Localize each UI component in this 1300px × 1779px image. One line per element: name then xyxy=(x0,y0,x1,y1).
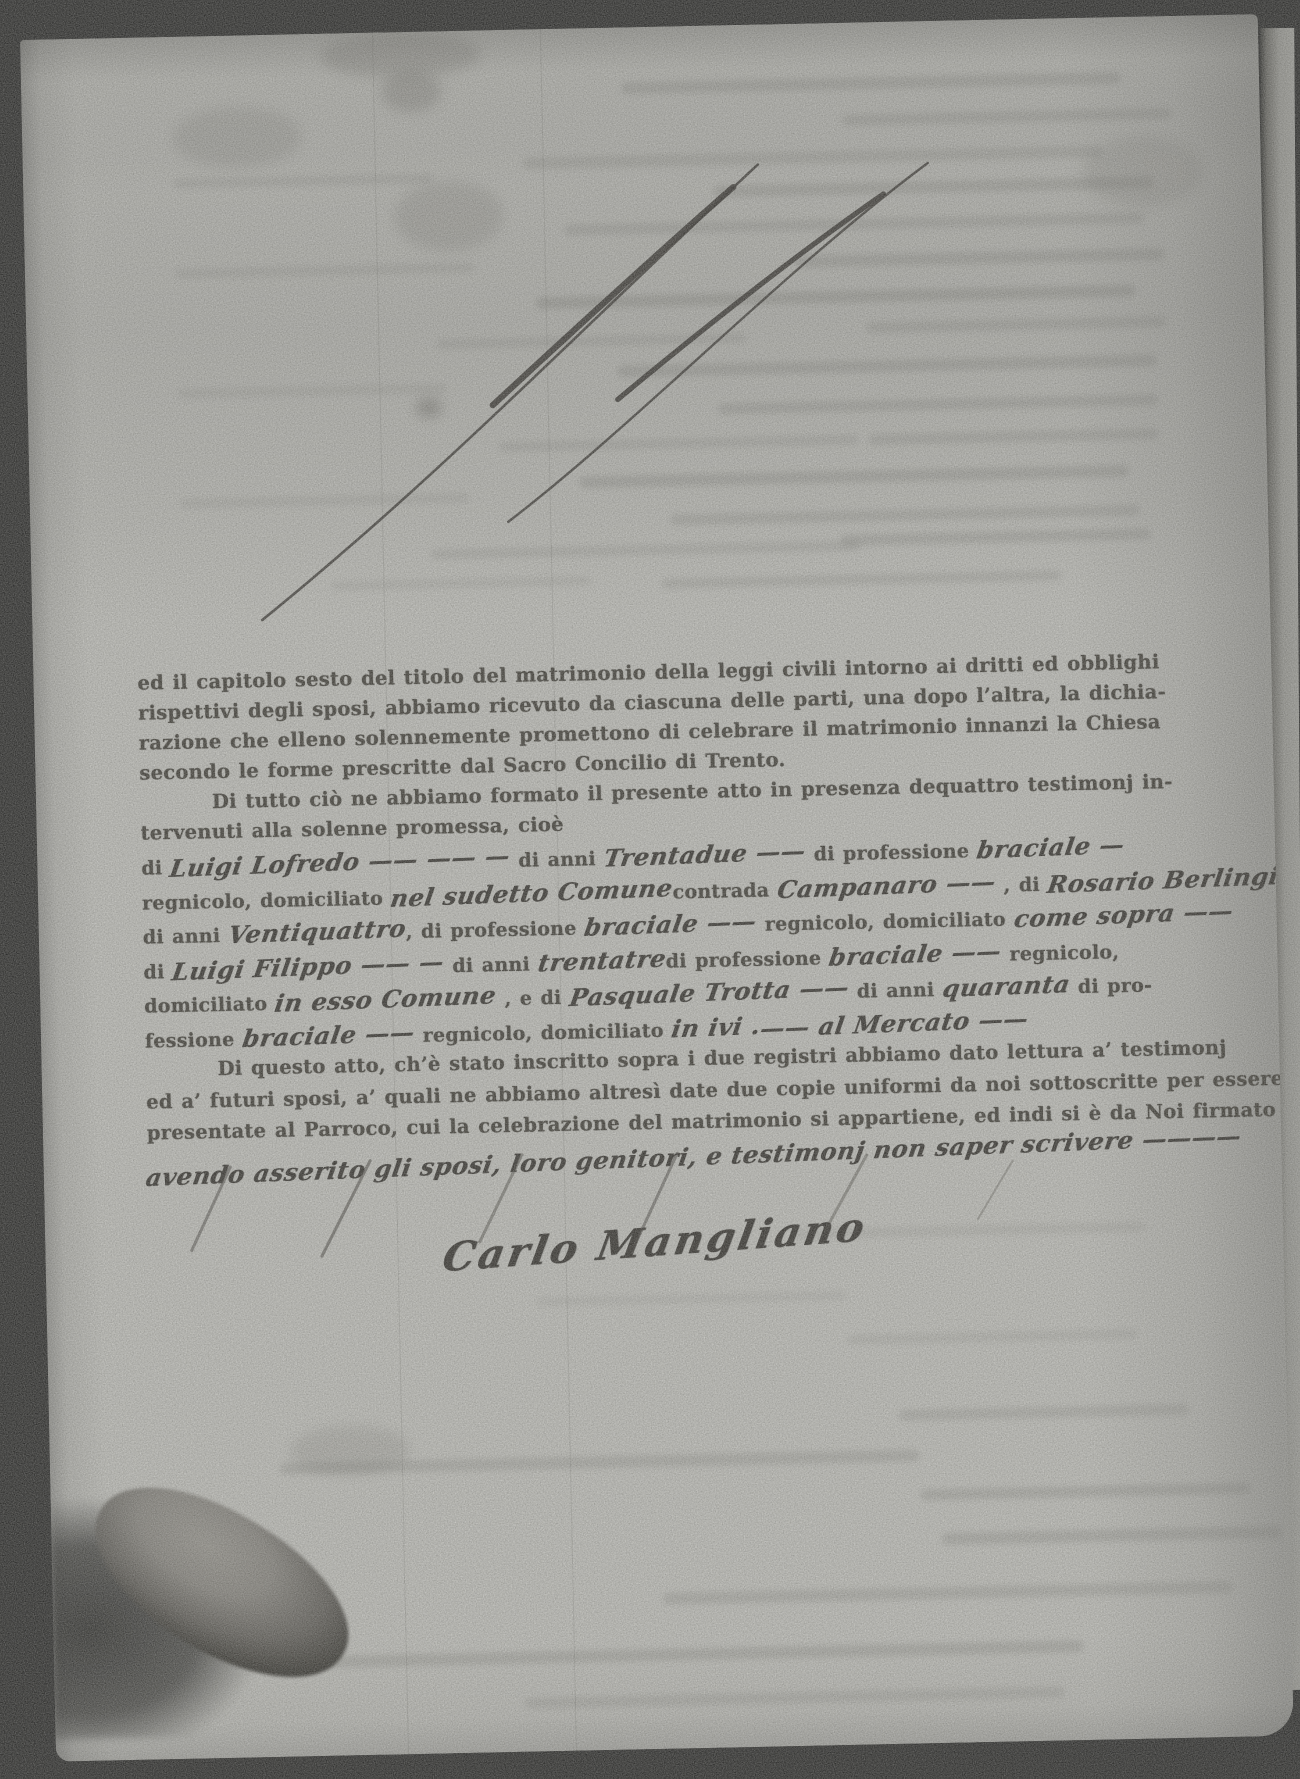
handwritten-entry: Campanaro —— xyxy=(775,866,998,903)
handwritten-entry: braciale — xyxy=(975,830,1127,865)
printed-form-text: regnicolo, domiciliato xyxy=(756,908,1014,935)
handwritten-entry: Ventiquattro xyxy=(226,914,408,950)
scanned-document-background: ed il capitolo sesto del titolo del matr… xyxy=(0,0,1300,1779)
printed-form-text: di pro- xyxy=(1069,974,1152,998)
printed-form-text: fessione xyxy=(145,1028,243,1052)
printed-form-text: regnicolo, xyxy=(1001,941,1119,965)
printed-form-text: , di professione xyxy=(406,917,586,943)
printed-form-text: di xyxy=(143,961,173,984)
printed-form-text: di anni xyxy=(848,979,943,1003)
printed-form-text: di anni xyxy=(143,925,229,949)
handwritten-entry: braciale —— xyxy=(582,906,759,942)
printed-form-text: , di xyxy=(995,873,1048,896)
handwritten-entry: in ivi . xyxy=(670,1010,763,1043)
record-text: ed il capitolo sesto del titolo del matr… xyxy=(137,651,1158,1188)
printed-form-text: di professione xyxy=(666,947,830,972)
handwritten-entry: braciale —— xyxy=(240,1017,417,1053)
handwritten-entry: trentatre xyxy=(536,943,668,977)
document-page: ed il capitolo sesto del titolo del matr… xyxy=(20,14,1294,1762)
printed-form-text: , e di xyxy=(496,987,570,1011)
printed-form-text: regnicolo, domiciliato xyxy=(142,887,392,914)
printed-form-text: di anni xyxy=(444,953,539,977)
printed-form-text: domiciliato xyxy=(144,993,276,1018)
handwritten-entry: braciale —— xyxy=(827,936,1004,972)
printed-form-text: di anni xyxy=(510,848,605,872)
printed-form-text: contrada xyxy=(672,879,778,903)
printed-form-text: di xyxy=(141,857,171,880)
handwritten-entry: in esso Comune xyxy=(273,980,499,1018)
printed-form-text: di professione xyxy=(805,840,978,866)
printed-form-text: regnicolo, domiciliato xyxy=(414,1019,672,1046)
handwritten-entry: quaranta xyxy=(940,969,1072,1003)
handwritten-entry: Trentadue —— xyxy=(602,836,808,873)
